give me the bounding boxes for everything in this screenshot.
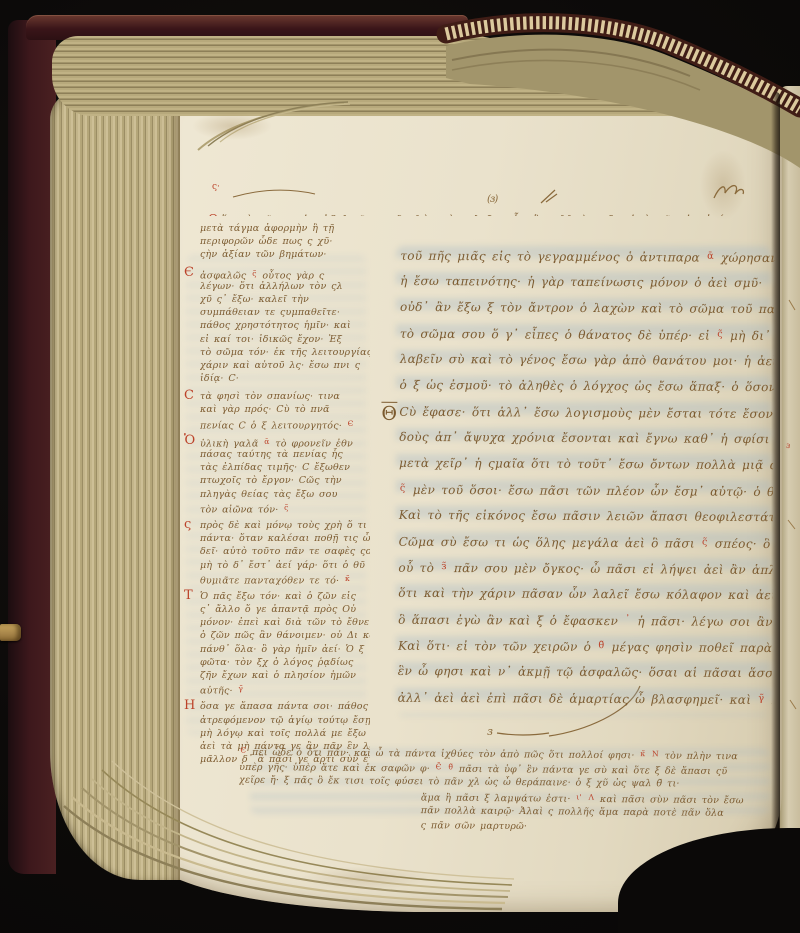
text-line: τὰς ἐλπίδας τιμῆς· С ἔξωθεν: [200, 461, 370, 474]
text-line: τοῦ πῆς μιᾶς εἰς τὸ γεγραμμένος ὁ ἀντιπα…: [400, 242, 774, 270]
text-line: Ὁ πᾶς ἔξω τόν· καὶ ὁ ζῶν εἰς: [200, 590, 370, 603]
text-line: πενίας С ὁ ξ λειτουργητός· Є: [200, 417, 370, 430]
text-line: τὸν αἰῶνα τόν· ς̃: [200, 501, 370, 514]
rubric-mark: Є: [348, 419, 354, 428]
text-line: αὐτῆς· γ̃: [200, 682, 370, 695]
text-line: πληγὰς θείας τὰς ἔξω σου: [200, 488, 370, 501]
running-header-line: Θὅ χαὶ τῶν ς· ὡς ἀδελφῶν· τοῦ πλὴν τὴν χ…: [185, 199, 757, 216]
text-line: μετὰ χεῖρ᾽ ἡ ςμαῖα ὅτι τὸ τοῦτ᾽ ἔσω ὄντω…: [399, 450, 773, 478]
text-line: μὴ λόγῳ καὶ τοῖς πολλά με ἔξω: [200, 727, 370, 740]
header-text: ὅ χαὶ τῶν ς· ὡς ἀδελφῶν· τοῦ πλὴν τὴν χλ…: [221, 214, 757, 216]
text-line: περιφορῶν ὧδε πως ς χῦ·: [200, 235, 370, 248]
text-line: μετὰ τάγμα ἀφορμὴν ἢ τῇ: [200, 222, 370, 235]
nomen-sacrum-initial: Θ: [381, 401, 397, 427]
rubric-initial: С: [184, 388, 194, 403]
text-line: ἡ ἔσω ταπεινότης· ἡ γὰρ ταπείνωσις μόνον…: [400, 268, 774, 296]
text-line: πτωχοῖς τὸ ἔργον· Сῶς τὴν: [200, 474, 370, 487]
text-line: χῦ ς᾽ ἔξω· καλεῖ τὴν: [200, 293, 370, 306]
text-line: θυμιᾶτε πανταχόθεν τε τό· κ̃: [200, 572, 370, 585]
marginal-column: μετὰ τάγμα ἀφορμὴν ἢ τῇπεριφορῶν ὧδε πως…: [200, 222, 370, 771]
text-line: Καὶ τὸ τῆς εἰκόνος ἔσω πᾶσιν λειῶν ἅπασι…: [399, 502, 773, 530]
text-line: καὶ γὰρ πρός· Сὺ τὸ πνᾶ: [200, 403, 370, 416]
text-line: χάριν καὶ αὐτοῦ λς· ἔσω πνι ς: [200, 359, 370, 372]
rubric-initial: ς: [184, 517, 191, 532]
rubric-initial: Τ: [184, 588, 193, 603]
text-line: οὐδ᾽ ἂν ἔξω ξ τὸν ἄντρον ὁ λαχὼν καὶ τὸ …: [400, 294, 774, 322]
book-cover-left-edge: [8, 20, 56, 874]
text-line: ἀσφαλῶς ς̃ οὗτος γὰρ ς: [200, 267, 370, 280]
rubric-mark: Є: [240, 746, 246, 755]
text-line: ἀτρεφόμενον τῷ ἁγίῳ τούτῳ ἔσῃ: [200, 714, 370, 727]
text-line: ἀλλ᾽ ἀεὶ ἀεὶ ἐπὶ πᾶσι δὲ ἁμαρτίας ὦ βλασ…: [398, 684, 772, 712]
brass-clasp-peg: [0, 624, 21, 641]
text-line: ζῆν ἔχων καὶ ὁ πλησίον ἡμῶν: [200, 669, 370, 682]
rubric-initial: Θ: [208, 211, 219, 216]
rubric-mark: θ̃: [598, 640, 604, 651]
text-line: μὴ τὸ δ᾽ ἔστ᾽ ἀεί γάρ· ὅτι ὁ θῦ: [200, 559, 370, 572]
rubric-mark: Ν: [652, 749, 659, 758]
margin-paragraph: μετὰ τάγμα ἀφορμὴν ἢ τῇπεριφορῶν ὧδε πως…: [200, 222, 370, 262]
rubric-mark: γ̃: [238, 684, 243, 693]
text-line: μόνον· ἐπεὶ καὶ διὰ τῶν τὸ ἔθνει: [200, 616, 370, 629]
rubric-mark: κ̃: [345, 574, 350, 583]
footer-gloss-block: Є πεὶ ὧδε ὁ ὅτι πᾶν· καὶ ὦ τὰ πάντα ἰχθύ…: [239, 744, 792, 838]
top-edge-page-stack: [52, 36, 742, 116]
footer-paraph-mark: з: [487, 725, 493, 738]
text-line: δεῖ· αὐτὸ τοῦτο πᾶν τε σαφὲς ςου: [200, 545, 370, 558]
rubric-mark: ᾿: [625, 614, 630, 625]
text-line: πάσας ταύτης τὰ πενίας ἧς: [200, 448, 370, 461]
rubric-mark: Λ: [588, 793, 594, 802]
rubric-mark: з̃: [441, 561, 447, 572]
text-line: Сῶμα σὺ ἔσω τι ὡς ὅλης μεγάλα ἀεὶ ὃ πᾶσι…: [399, 528, 773, 556]
text-line: λαβεῖν σὺ καὶ τὸ γένος ἔσω γὰρ ἀπὸ θανάτ…: [400, 346, 774, 374]
text-line: ςὴν ἀξίαν τῶν βημάτων·: [200, 248, 370, 261]
text-line: τὸ σῶμα τόν· ἐκ τῆς λειτουργίας: [200, 346, 370, 359]
rubric-mark: γ̃: [758, 693, 764, 704]
rubric-mark: ς̃: [702, 537, 708, 548]
text-line: ὁ ζῶν πῶς ἂν θάνοιμεν· οὐ Δι καὶ: [200, 629, 370, 642]
text-line: ὅτι καὶ τὴν χάριν πᾶσαν ὧν λαλεῖ ἔσω κόλ…: [398, 580, 772, 608]
text-line: τὸ σῶμα σου ὅ γ᾽ εἶπες ὁ θάνατος δὲ ὑπέρ…: [400, 320, 774, 348]
text-line: φῶτα· τὸν ξχ ὁ λόγος ῥᾳδίως: [200, 656, 370, 669]
margin-paragraph: ΤὉ πᾶς ἔξω τόν· καὶ ὁ ζῶν εἰςς᾽ ἄλλο ὅ γ…: [200, 590, 370, 696]
rubric-mark: ς̃: [400, 483, 406, 494]
text-line: πρὸς δὲ καὶ μόνῳ τοὺς χρὴ ὅ τι: [200, 519, 370, 532]
rubric-mark: ς̃: [284, 503, 288, 512]
text-line: εἰ καί τοι· ἰδικῶς ἔχον· Ἐξ: [200, 333, 370, 346]
rubric-mark: κ̃: [640, 749, 645, 758]
rubric-initial: Η: [184, 698, 196, 713]
text-line: πάντα· ὅταν καλέσαι ποθῇ τις ὧδε·: [200, 532, 370, 545]
text-line: ὅσα γε ἅπασα πάντα σοι· πάθος: [200, 700, 370, 713]
margin-paragraph: ςπρὸς δὲ καὶ μόνῳ τοὺς χρὴ ὅ τιπάντα· ὅτ…: [200, 519, 370, 585]
fore-edge-page-stack: [50, 90, 180, 880]
text-line: ὁ ξ ὡς ἐσμοῦ· τὸ ἀληθὲς ὁ λόγχος ὡς ἔσω …: [399, 372, 773, 400]
rubric-mark: Є̃: [436, 762, 442, 771]
text-line: πάνθ᾽ ὅλα· ὃ γὰρ ἡμῖν ἀεί· Ὁ ξ: [200, 643, 370, 656]
text-line: Καὶ ὅτι· εἰ τὸν τῶν χειρῶν ὁ θ̃ μέγας φη…: [398, 632, 772, 660]
margin-paragraph: Єἀσφαλῶς ς̃ οὗτος γὰρ ςλέγων· ὅτι ἀλλήλω…: [200, 267, 370, 386]
text-line: συμπάθειαν τε ςυμπαθεῖτε·: [200, 306, 370, 319]
text-line: ἰδίᾳ· С·: [200, 372, 370, 385]
manuscript-photograph: ς· (з) Θὅ χαὶ τῶν ς· ὡς ἀδελφῶν· τοῦ πλὴ…: [0, 0, 800, 933]
text-line: οὗ τὸ з̃ πᾶν σου μὲν ὄγκος· ὦ πᾶσι εἰ λή…: [398, 554, 772, 582]
text-line: ς̃ μὲν τοῦ ὅσοι· ἔσω πᾶσι τῶν πλέον ὧν ἔ…: [399, 476, 773, 504]
rubric-mark: ᾱ: [707, 251, 714, 262]
rubric-mark: θ̃: [448, 762, 453, 771]
text-line: δοὺς ἀπ᾽ ἄψυχα χρόνια ἔσονται καὶ ἔγνω κ…: [399, 424, 773, 452]
text-line: ς᾽ ἄλλο ὅ γε ἀπαντᾷ πρὸς Οὐ: [200, 603, 370, 616]
rubric-mark: ι': [576, 793, 582, 802]
text-line: Сὺ ἔφασε· ὅτι ἀλλ᾽ ἔσω λογισμοὺς μὲν ἔστ…: [399, 398, 773, 426]
text-line: τὰ φησὶ τὸν σπανίως· τινα: [200, 390, 370, 403]
text-line: πάθος χρηστότητος ἡμῖν· καὶ: [200, 319, 370, 332]
rubric-initial: Є: [184, 265, 194, 280]
text-line: ὑλικὴ γαλᾶ ᾱ τὸ φρονεῖν ἐθν: [200, 435, 370, 448]
text-line: λέγων· ὅτι ἀλλήλων τὸν ςλ: [200, 280, 370, 293]
margin-paragraph: Сτὰ φησὶ τὸν σπανίως· τινακαὶ γὰρ πρός· …: [200, 390, 370, 430]
margin-paragraph: Ὁὑλικὴ γαλᾶ ᾱ τὸ φρονεῖν ἐθνπάσας ταύτης…: [200, 435, 370, 514]
text-line: ἓν ὦ φησι καὶ ν᾽ ἀκμῇ τῷ ἀσφαλῶς· ὅσαι α…: [398, 658, 772, 686]
main-text-column: Θ τοῦ πῆς μιᾶς εἰς τὸ γεγραμμένος ὁ ἀντι…: [398, 242, 775, 712]
text-line: ὃ ἅπασι ἐγὼ ἂν καὶ ξ ὁ ἔφασκεν ᾿ ἡ πᾶσι·…: [398, 606, 772, 634]
rubric-initial: Ὁ: [184, 433, 195, 448]
rubric-mark: ς̃: [717, 329, 723, 340]
rubric-mark: ᾱ: [264, 437, 269, 446]
rubric-mark-above-header: ς·: [212, 182, 220, 192]
rubric-mark: ς̃: [252, 269, 256, 278]
